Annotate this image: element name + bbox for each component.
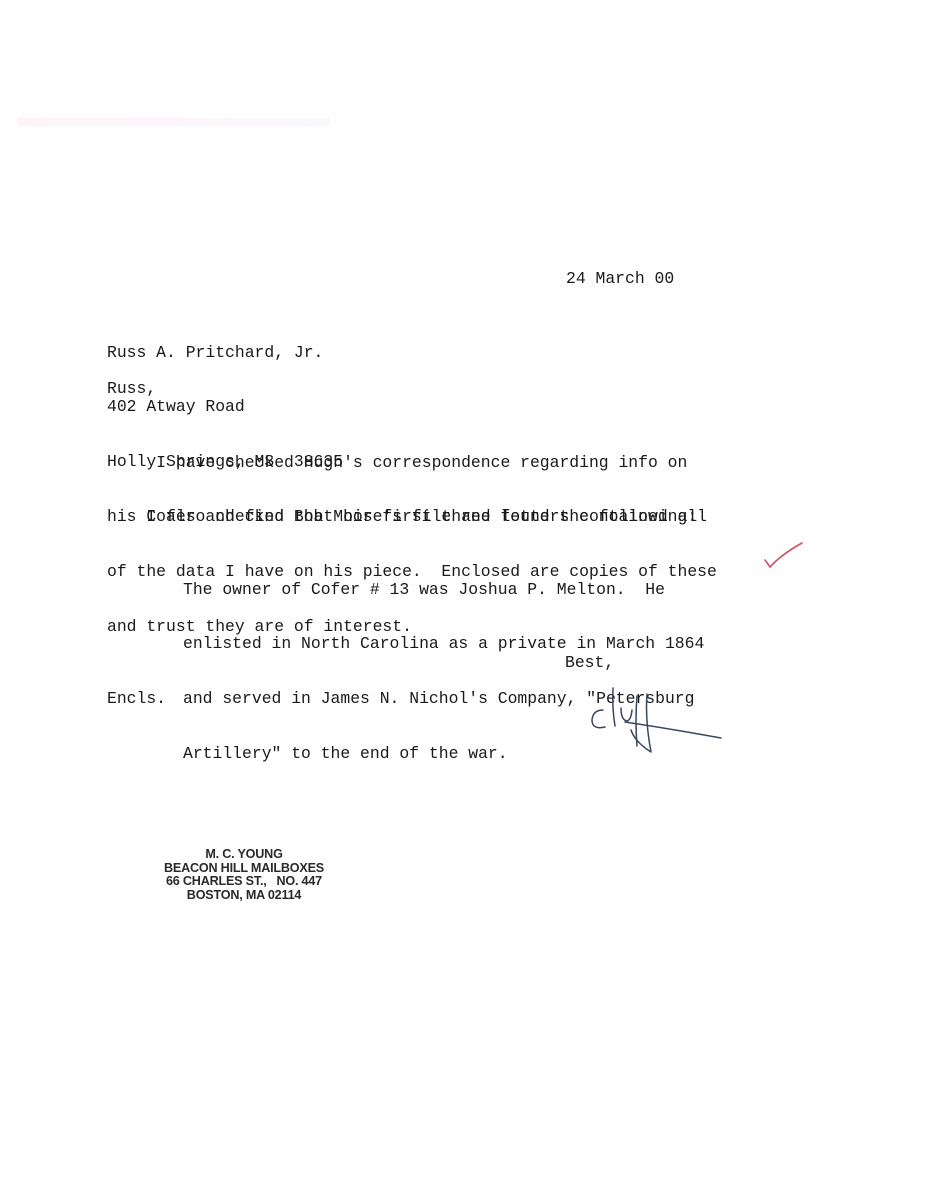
enclosures-note: Encls. [107, 690, 166, 708]
sender-business: BEACON HILL MAILBOXES [130, 862, 358, 876]
recipient-street: 402 Atway Road [107, 398, 343, 416]
faint-letterhead-remnant [18, 118, 330, 126]
letter-page: 24 March 00 Russ A. Pritchard, Jr. 402 A… [0, 0, 927, 1200]
handwritten-signature [585, 680, 725, 760]
sender-address-stamp: M. C. YOUNG BEACON HILL MAILBOXES 66 CHA… [130, 848, 358, 902]
recipient-name: Russ A. Pritchard, Jr. [107, 344, 343, 362]
paragraph-line: I have checked Hugh's correspondence reg… [107, 454, 717, 472]
sender-street: 66 CHARLES ST., NO. 447 [130, 875, 358, 889]
sender-city: BOSTON, MA 02114 [130, 889, 358, 903]
salutation: Russ, [107, 380, 156, 398]
checkmark-icon [762, 540, 806, 570]
quote-line: enlisted in North Carolina as a private … [183, 635, 704, 653]
sender-name: M. C. YOUNG [130, 848, 358, 862]
quoted-finding: The owner of Cofer # 13 was Joshua P. Me… [183, 544, 704, 800]
closing: Best, [565, 654, 614, 672]
quote-line: The owner of Cofer # 13 was Joshua P. Me… [183, 581, 704, 599]
body-paragraph-2: I also checked Bob Moore's file and foun… [107, 508, 697, 526]
letter-date: 24 March 00 [566, 270, 674, 288]
